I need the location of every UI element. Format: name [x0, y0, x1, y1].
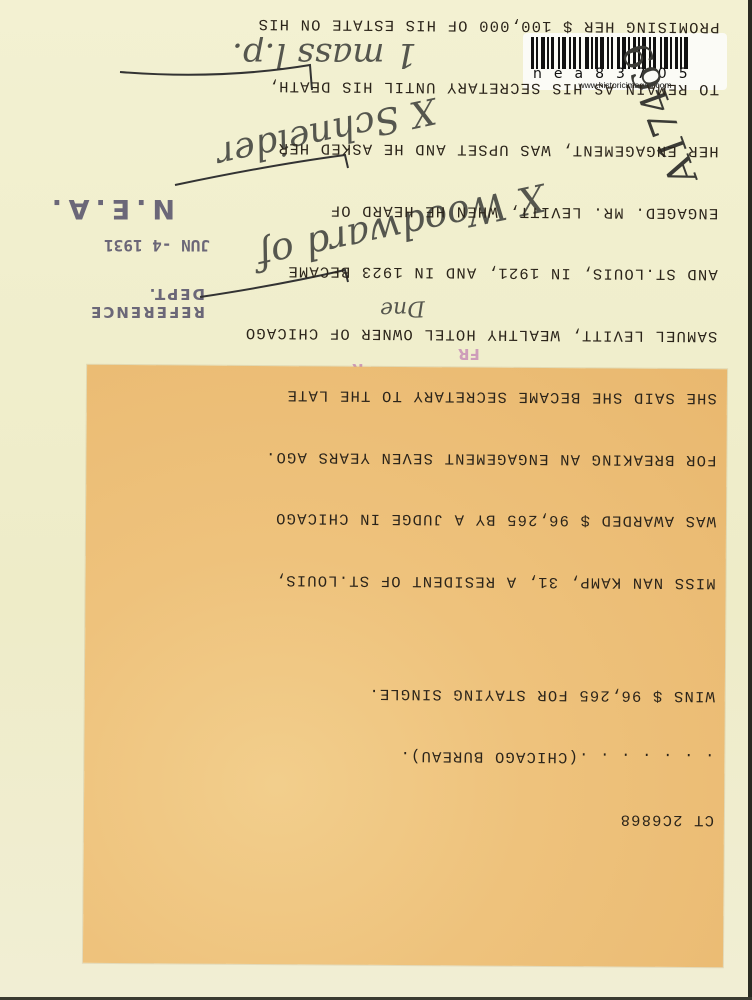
caption-line: SAMUEL LEVITT, WEALTHY HOTEL OWNER OF CH… [127, 322, 717, 347]
caption-line: HER ENGAGEMENT, WAS UPSET AND HE ASKED H… [129, 136, 719, 161]
caption-line: MISS NAN KAMP, 31, A RESIDENT OF ST.LOUI… [126, 569, 716, 594]
caption-headline: WINS $ 96,265 FOR STAYING SINGLE. [125, 682, 715, 707]
caption-line: SHE SAID SHE BECAME SECRETARY TO THE LAT… [127, 383, 717, 408]
caption-sheet: CT 2C6868 . . . . . . .(CHICAGO BUREAU).… [83, 365, 727, 967]
caption-line: FOR BREAKING AN ENGAGEMENT SEVEN YEARS A… [126, 445, 716, 470]
caption-line: WAS AWARDED $ 96,265 BY A JUDGE IN CHICA… [126, 507, 716, 532]
caption-line: . . . . . . .(CHICAGO BUREAU). [124, 743, 714, 768]
caption-text: CT 2C6868 . . . . . . .(CHICAGO BUREAU).… [124, 0, 725, 871]
caption-line: CT 2C6868 [124, 805, 714, 830]
caption-line: PROMISING HER $ 100,000 OF HIS ESTATE ON… [129, 13, 719, 38]
caption-line: ENGAGED. MR. LEVITT, WHEN HE HEARD OF [128, 198, 718, 223]
caption-line: TO REMAIN AS HIS SECRETARY UNTIL HIS DEA… [129, 74, 719, 99]
spacer [125, 631, 715, 645]
caption-line: AND ST.LOUIS, IN 1921, AND IN 1923 BECAM… [128, 260, 718, 285]
